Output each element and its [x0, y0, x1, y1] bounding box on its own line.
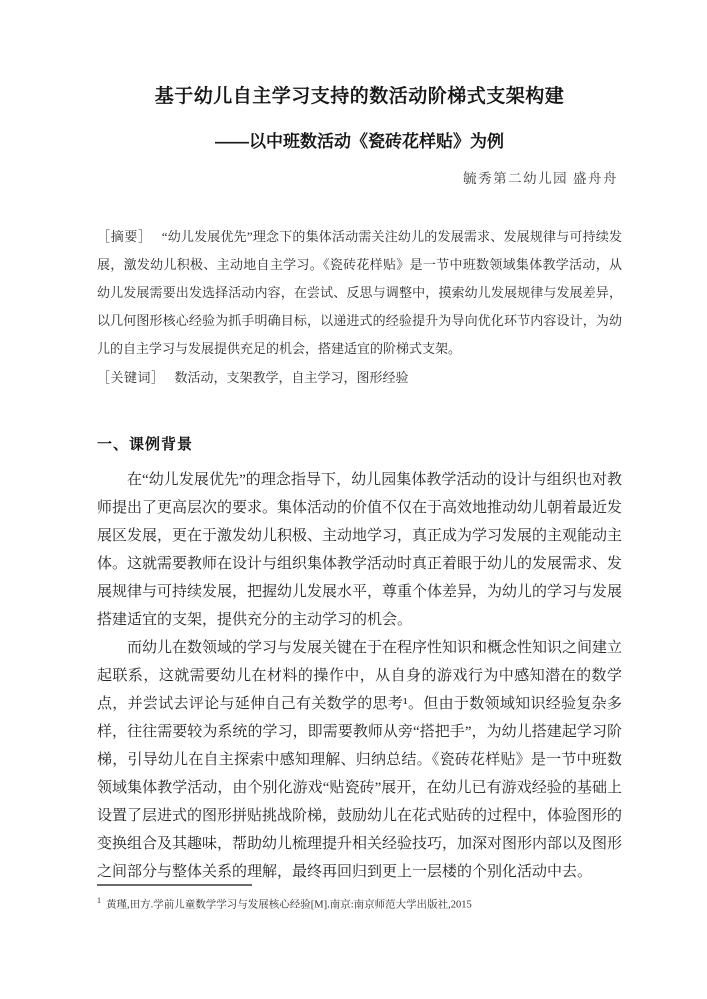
footnote-separator-rule	[97, 884, 252, 886]
body-paragraph-1: 在“幼儿发展优先”的理念指导下，幼儿园集体教学活动的设计与组织也对教师提出了更高…	[97, 466, 622, 634]
footnote-marker: 1	[97, 896, 101, 905]
abstract-text: “幼儿发展优先”理念下的集体活动需关注幼儿的发展需求、发展规律与可持续发展，激发…	[97, 229, 622, 356]
footnote-area: 1黄瑾,田方.学前儿童数学学习与发展核心经验[M].南京:南京师范大学出版社,2…	[97, 884, 622, 913]
abstract-paragraph: ［摘要］“幼儿发展优先”理念下的集体活动需关注幼儿的发展需求、发展规律与可持续发…	[97, 223, 622, 363]
section-heading-background: 一、课例背景	[97, 434, 622, 456]
author-line: 毓秀第二幼儿园 盛舟舟	[97, 169, 622, 189]
footnote: 1黄瑾,田方.学前儿童数学学习与发展核心经验[M].南京:南京师范大学出版社,2…	[97, 893, 622, 913]
keywords-label: ［关键词］	[97, 370, 165, 385]
keywords-line: ［关键词］数活动，支架教学，自主学习，图形经验	[97, 364, 622, 392]
body-paragraph-2: 而幼儿在数领域的学习与发展关键在于在程序性知识和概念性知识之间建立起联系，这就需…	[97, 634, 622, 886]
document-page: 基于幼儿自主学习支持的数活动阶梯式支架构建 ——以中班数活动《瓷砖花样贴》为例 …	[0, 0, 707, 999]
abstract-label: ［摘要］	[97, 229, 152, 244]
page-title: 基于幼儿自主学习支持的数活动阶梯式支架构建	[97, 84, 622, 110]
page-subtitle: ——以中班数活动《瓷砖花样贴》为例	[97, 130, 622, 154]
document-content: 基于幼儿自主学习支持的数活动阶梯式支架构建 ——以中班数活动《瓷砖花样贴》为例 …	[0, 84, 707, 886]
footnote-text: 黄瑾,田方.学前儿童数学学习与发展核心经验[M].南京:南京师范大学出版社,20…	[106, 900, 472, 911]
keywords-text: 数活动，支架教学，自主学习，图形经验	[175, 370, 409, 385]
